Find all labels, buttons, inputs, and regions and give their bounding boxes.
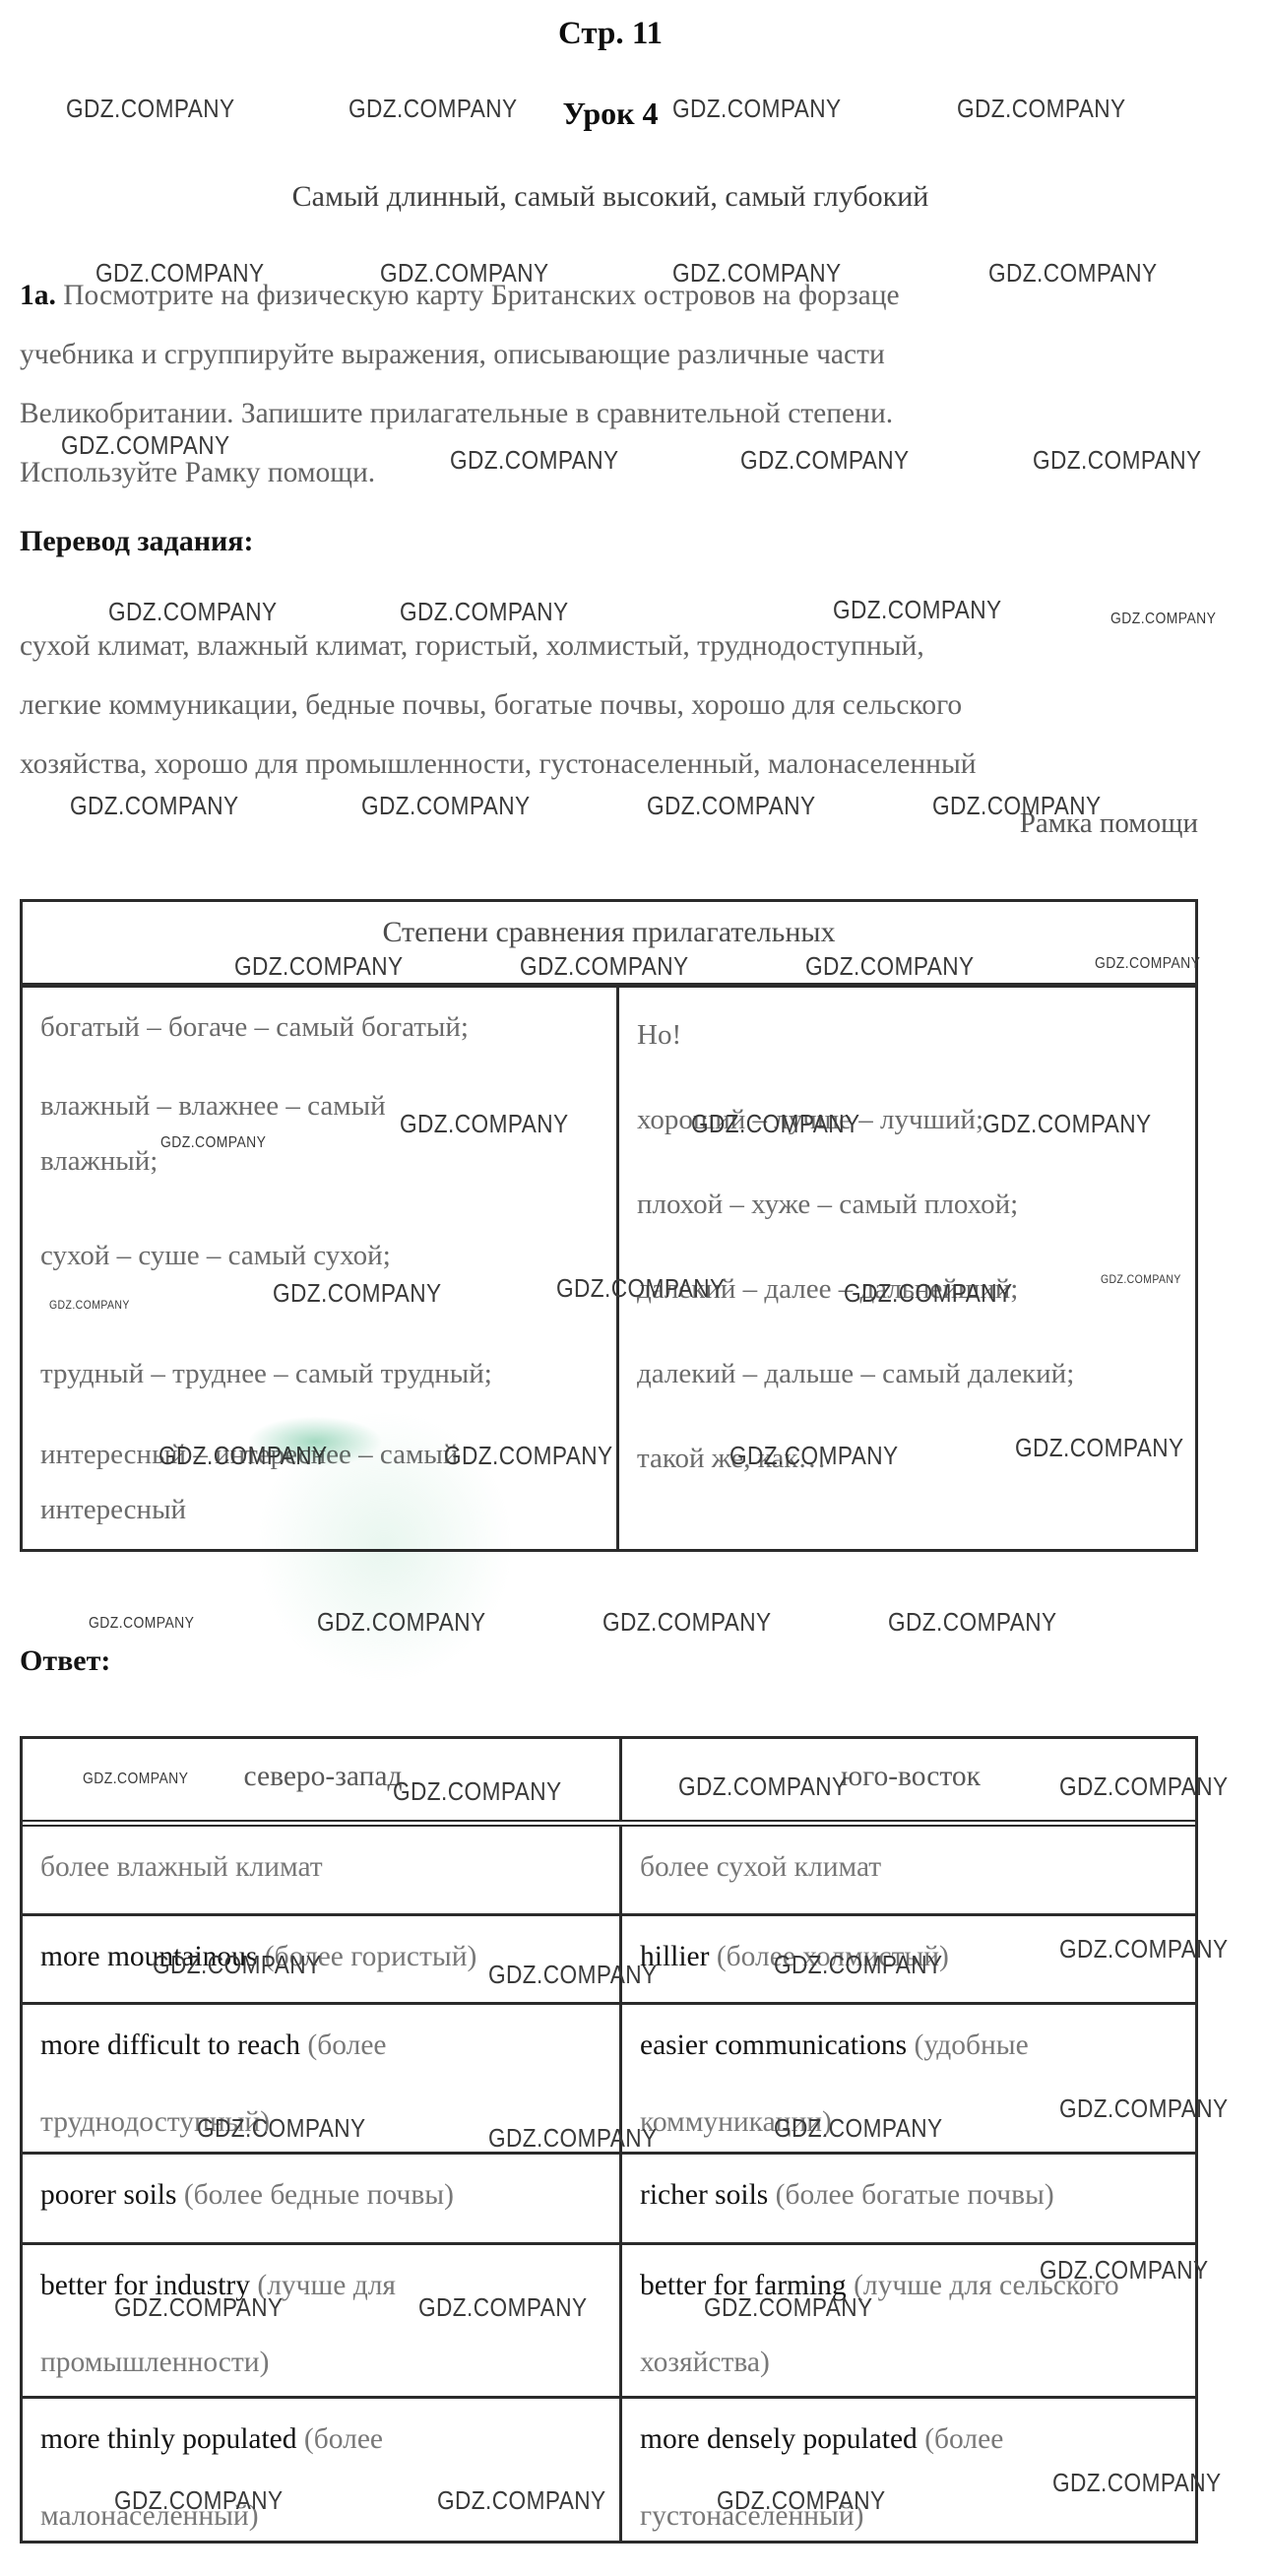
- grammar-item: Но!: [637, 1007, 1183, 1063]
- translation-line: хозяйства, хорошо для промышленности, гу…: [20, 735, 1093, 794]
- gdz-watermark: GDZ.COMPANY: [361, 791, 531, 821]
- answer-table: северо-запад юго-восток более влажный кл…: [20, 1736, 1198, 2544]
- grammar-table-right-cell: Но! хороший – лучше – лучший; плохой – х…: [619, 988, 1195, 1549]
- grammar-item: трудный – труднее – самый трудный;: [40, 1346, 602, 1401]
- table-cell: more mountainous (более гористый): [23, 1916, 619, 2002]
- gdz-watermark: GDZ.COMPANY: [888, 1607, 1057, 1638]
- translation-line: легкие коммуникации, бедные почвы, богат…: [20, 676, 1093, 735]
- task-line: Используйте Рамку помощи.: [20, 443, 1093, 502]
- task-paragraph: 1a. Посмотрите на физическую карту Брита…: [20, 266, 1093, 502]
- help-frame-label: Рамка помощи: [1020, 807, 1198, 840]
- table-row: more thinly populated (более малонаселен…: [23, 2399, 1195, 2544]
- table-cell: better for industry (лучше для промышлен…: [23, 2245, 619, 2396]
- table-cell: richer soils (более богатые почвы): [619, 2155, 1195, 2242]
- gdz-watermark: GDZ.COMPANY: [89, 1615, 194, 1633]
- task-number: 1a.: [20, 280, 56, 311]
- grammar-item: далекий – далее – дальнейший;: [637, 1261, 1183, 1317]
- table-cell: better for farming (лучше для сельского …: [619, 2245, 1195, 2396]
- grammar-table-body: богатый – богаче – самый богатый; влажны…: [23, 988, 1195, 1549]
- table-row: better for industry (лучше для промышлен…: [23, 2245, 1195, 2399]
- gdz-watermark: GDZ.COMPANY: [317, 1607, 486, 1638]
- answer-table-header-row: северо-запад юго-восток: [23, 1739, 1195, 1827]
- table-cell: poorer soils (более бедные почвы): [23, 2155, 619, 2242]
- grammar-item: хороший – лучше – лучший;: [637, 1092, 1183, 1147]
- table-cell: более влажный климат: [23, 1827, 619, 1913]
- gdz-watermark: GDZ.COMPANY: [1110, 611, 1216, 628]
- table-cell: more thinly populated (более малонаселен…: [23, 2399, 619, 2544]
- task-line: учебника и сгруппируйте выражения, описы…: [20, 325, 1093, 384]
- lesson-subtitle: Самый длинный, самый высокий, самый глуб…: [0, 180, 1221, 214]
- answer-col-header-northwest: северо-запад: [23, 1739, 619, 1820]
- table-row: poorer soils (более бедные почвы) richer…: [23, 2155, 1195, 2245]
- table-row: более влажный климат более сухой климат: [23, 1827, 1195, 1916]
- grammar-item: сухой – суше – самый сухой;: [40, 1228, 602, 1283]
- page-title: Стр. 11: [0, 16, 1221, 52]
- translation-paragraph: сухой климат, влажный климат, гористый, …: [20, 616, 1093, 794]
- answer-heading: Ответ:: [20, 1644, 110, 1678]
- translation-line: сухой климат, влажный климат, гористый, …: [20, 616, 1093, 676]
- grammar-item: далекий – дальше – самый далекий;: [637, 1346, 1183, 1401]
- grammar-item: интересный – интереснее – самыйинтересны…: [40, 1427, 602, 1537]
- grammar-table-title: Степени сравнения прилагательных: [23, 902, 1195, 988]
- table-cell: more difficult to reach (более труднодос…: [23, 2005, 619, 2152]
- gdz-watermark: GDZ.COMPANY: [602, 1607, 772, 1638]
- grammar-item: плохой – хуже – самый плохой;: [637, 1177, 1183, 1232]
- table-cell: более сухой климат: [619, 1827, 1195, 1913]
- grammar-table: Степени сравнения прилагательных богатый…: [20, 899, 1198, 1552]
- table-cell: hillier (более холмистый): [619, 1916, 1195, 2002]
- task-line: 1a. Посмотрите на физическую карту Брита…: [20, 266, 1093, 325]
- table-row: more difficult to reach (более труднодос…: [23, 2005, 1195, 2155]
- task-text: Посмотрите на физическую карту Британски…: [63, 280, 899, 311]
- translation-heading: Перевод задания:: [20, 525, 253, 558]
- task-line: Великобритании. Запишите прилагательные …: [20, 384, 1093, 443]
- grammar-item: такой же, как…: [637, 1431, 1183, 1486]
- lesson-title: Урок 4: [0, 96, 1221, 132]
- grammar-item: богатый – богаче – самый богатый;: [40, 999, 602, 1055]
- table-row: more mountainous (более гористый) hillie…: [23, 1916, 1195, 2005]
- gdz-watermark: GDZ.COMPANY: [647, 791, 816, 821]
- grammar-item: влажный – влажнее – самыйвлажный;: [40, 1078, 602, 1189]
- document-page: Стр. 11 Урок 4 Самый длинный, самый высо…: [0, 0, 1268, 2576]
- table-cell: more densely populated (более густонасел…: [619, 2399, 1195, 2544]
- table-cell: easier communications (удобные коммуника…: [619, 2005, 1195, 2152]
- grammar-table-left-cell: богатый – богаче – самый богатый; влажны…: [23, 988, 619, 1549]
- answer-col-header-southeast: юго-восток: [619, 1739, 1195, 1820]
- gdz-watermark: GDZ.COMPANY: [70, 791, 239, 821]
